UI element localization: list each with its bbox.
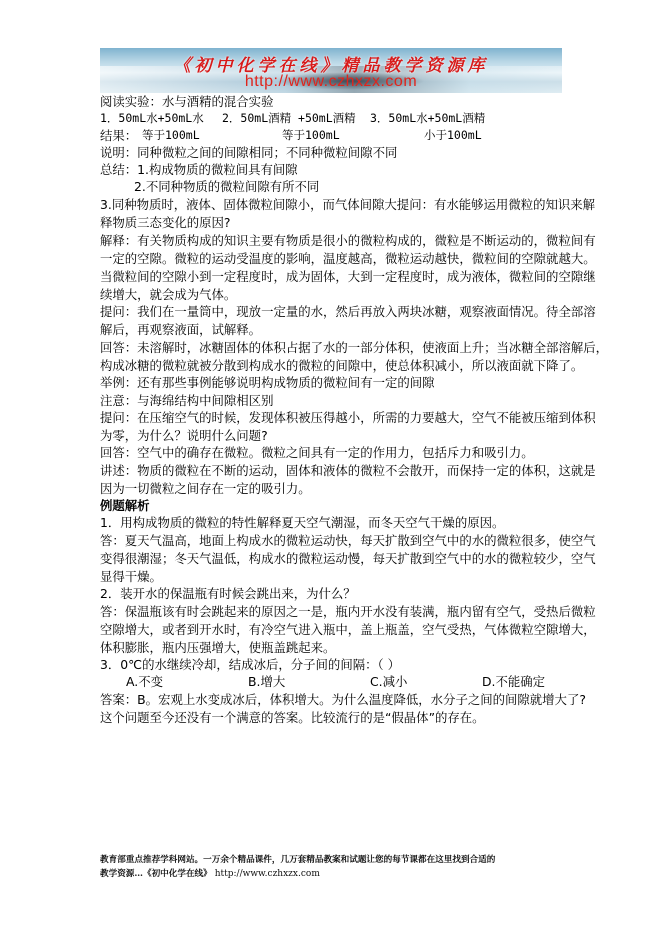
question-3-options: A.不变 B.增大 C.减小 D.不能确定 [126, 673, 545, 690]
result-3: 小于100mL [424, 127, 482, 144]
reading-experiment-heading: 阅读实验：水与酒精的混合实验 [100, 93, 273, 110]
example-answer-2-line-3: 体积膨胀，瓶内压强增大，使瓶盖跳起来。 [100, 639, 335, 656]
results-label: 结果： [100, 127, 142, 144]
site-banner: 《初中化学在线》精品教学资源库 http://www.czhxzx.com [100, 48, 562, 93]
answer-1-line-1: 回答：未溶解时，冰糖固体的体积占据了水的一部分体积，使液面上升；当冰糖全部溶解后… [100, 339, 608, 356]
example-answer-2-line-2: 空隙增大，或者到开水时，有冷空气进入瓶中，盖上瓶盖，空气受热，气体微粒空隙增大， [100, 621, 596, 638]
explanation-para-line-3: 当微粒间的空隙小到一定程度时，成为固体，大到一定程度时，成为液体，微粒间的空隙继 [100, 268, 596, 285]
result-2: 等于100mL [282, 127, 424, 144]
experiment-item-3: 3．50mL水+50mL酒精 [370, 110, 485, 127]
paragraph-3-line-2: 释物质三态变化的原因? [100, 214, 230, 231]
lecture-line-1: 讲述：物质的微粒在不断的运动，固体和液体的微粒不会散开，而保持一定的体积，这就是 [100, 462, 596, 479]
answer-1-line-2: 构成冰糖的微粒就被分散到构成水的微粒的间隙中，使总体积减小，所以液面就下降了。 [100, 357, 583, 374]
example-question-3: 3．0℃的水继续冷却，结成冰后，分子间的间隔：（ ） [100, 656, 400, 673]
question-2-line-2: 为零，为什么？说明什么问题? [100, 427, 268, 444]
explanation-para-line-2: 一定的空隙。微粒的运动受温度的影响，温度越高，微粒运动越快，微粒间的空隙就越大。 [100, 250, 596, 267]
footer-site-name: 教学资源…《初中化学在线》 [100, 869, 212, 879]
question-2-line-1: 提问：在压缩空气的时候，发现体积被压得越小，所需的力要越大，空气不能被压缩到体积 [100, 409, 596, 426]
question-1-line-2: 解后，再观察液面，试解释。 [100, 321, 261, 338]
note-line: 注意：与海绵结构中间隙相区别 [100, 392, 273, 409]
paragraph-3-line-1: 3.同种物质时，液体、固体微粒间隙小，而气体间隙大提问：有水能够运用微粒的知识来… [100, 196, 595, 213]
answer-2: 回答：空气中的确存在微粒。微粒之间具有一定的作用力，包括斥力和吸引力。 [100, 444, 534, 461]
explanation-para-line-1: 解释：有关物质构成的知识主要有物质是很小的微粒构成的，微粒是不断运动的，微粒间有 [100, 232, 596, 249]
footer-url-link[interactable]: http://www.czhxzx.com [215, 869, 320, 879]
option-b: B.增大 [248, 673, 370, 690]
experiment-item-1: 1．50mL水+50mL水 [100, 110, 222, 127]
option-d: D.不能确定 [482, 673, 545, 690]
result-1: 等于100mL [142, 127, 282, 144]
experiment-item-2: 2．50mL酒精 +50mL酒精 [222, 110, 370, 127]
lecture-line-2: 因为一切微粒之间存在一定的吸引力。 [100, 480, 311, 497]
example-answer-1-line-2: 变得很潮湿；冬天气温低，构成水的微粒运动慢，每天扩散到空气中的水的微粒较少，空气 [100, 550, 596, 567]
experiment-list: 1．50mL水+50mL水 2．50mL酒精 +50mL酒精 3．50mL水+5… [100, 110, 485, 127]
explanation-para-line-4: 续增大，就会成为气体。 [100, 286, 236, 303]
banner-url-link[interactable]: http://www.czhxzx.com [100, 73, 562, 91]
question-1-line-1: 提问：我们在一量筒中，现放一定量的水，然后再放入两块冰糖，观察液面情况。待全部溶 [100, 303, 596, 320]
example-answer-3-line-2: 这个问题至今还没有一个满意的答案。比较流行的是“假晶体”的存在。 [100, 709, 485, 726]
example-answer-1-line-1: 答：夏天气温高，地面上构成水的微粒运动快，每天扩散到空气中的水的微粒很多，使空气 [100, 532, 596, 549]
example-question-2: 2．装开水的保温瓶有时候会跳出来，为什么？ [100, 585, 356, 602]
example-prompt: 举例：还有那些事例能够说明构成物质的微粒间有一定的间隙 [100, 374, 435, 391]
option-a: A.不变 [126, 673, 248, 690]
summary-point-1: 总结：1.构成物质的微粒间具有间隙 [100, 161, 298, 178]
footer-line-1: 教育部重点推荐学科网站。一万余个精品课件，几万套精品教案和试题让您的每节课都在这… [100, 853, 562, 867]
option-c: C.减小 [370, 673, 482, 690]
example-question-1: 1．用构成物质的微粒的特性解释夏天空气潮湿，而冬天空气干燥的原因。 [100, 514, 504, 531]
summary-point-2: 2.不同种物质的微粒间隙有所不同 [134, 178, 319, 195]
example-answer-2-line-1: 答：保温瓶该有时会跳起来的原因之一是，瓶内开水没有装满，瓶内留有空气，受热后微粒 [100, 603, 596, 620]
example-answer-1-line-3: 显得干燥。 [100, 568, 162, 585]
page-footer: 教育部重点推荐学科网站。一万余个精品课件，几万套精品教案和试题让您的每节课都在这… [100, 853, 562, 881]
experiment-results: 结果： 等于100mL 等于100mL 小于100mL [100, 127, 482, 144]
footer-line-2: 教学资源…《初中化学在线》 http://www.czhxzx.com [100, 867, 562, 881]
example-answer-3-line-1: 答案：B。宏观上水变成冰后，体积增大。为什么温度降低，水分子之间的间隙就增大了? [100, 691, 586, 708]
explanation-line: 说明：同种微粒之间的间隙相同；不同种微粒间隙不同 [100, 144, 397, 161]
section-title-examples: 例题解析 [100, 497, 150, 514]
